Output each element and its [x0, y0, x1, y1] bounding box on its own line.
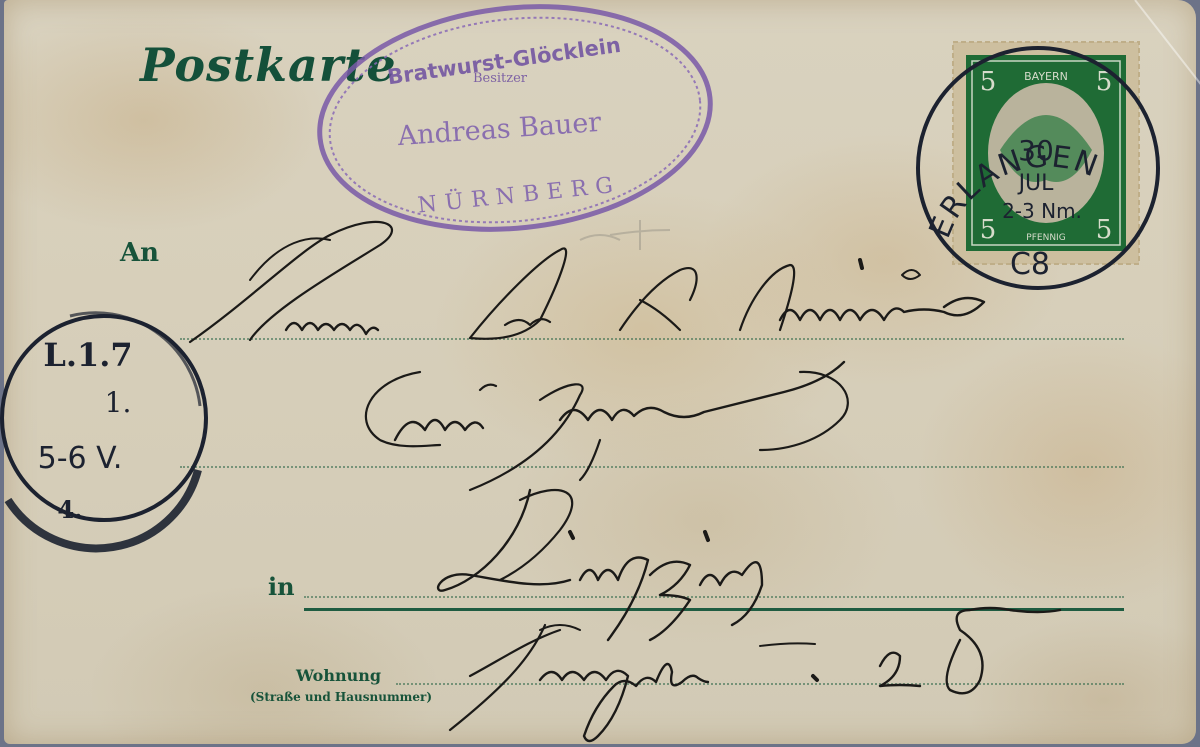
stamp-owner-name: Andreas Bauer [396, 107, 603, 152]
postmark-month: JUL [1017, 171, 1055, 196]
stamp-denomination-tl: 5 [980, 67, 997, 97]
pencil-mark [580, 220, 670, 250]
sender-rubber-stamp: Bratwurst-Glöcklein Besitzer Andreas Bau… [309, 0, 722, 248]
stamp-city: NÜRNBERG [416, 170, 622, 218]
arrival-postmark: L.1.7 1. 5-6 V. 4. [2, 313, 206, 549]
stamp-denomination-bl: 5 [980, 215, 997, 245]
ink-overlay: Bratwurst-Glöcklein Besitzer Andreas Bau… [0, 0, 1200, 747]
arrival-time: 5-6 V. [38, 441, 123, 476]
arrival-date: 1. [105, 386, 132, 419]
stamp-country: BAYERN [1024, 70, 1068, 83]
arrival-bottom: 4. [57, 495, 82, 524]
handwritten-address [190, 222, 1060, 741]
stamp-unit: PFENNIG [1026, 233, 1065, 243]
stamp-denomination-br: 5 [1096, 215, 1113, 245]
postmark-time: 2-3 Nm. [1002, 199, 1082, 223]
stamp-owner-label: Besitzer [473, 71, 528, 86]
postmark-day: 30 [1018, 134, 1054, 167]
arrival-top: L.1.7 [43, 336, 132, 374]
postmark-code: C8 [1010, 247, 1050, 282]
